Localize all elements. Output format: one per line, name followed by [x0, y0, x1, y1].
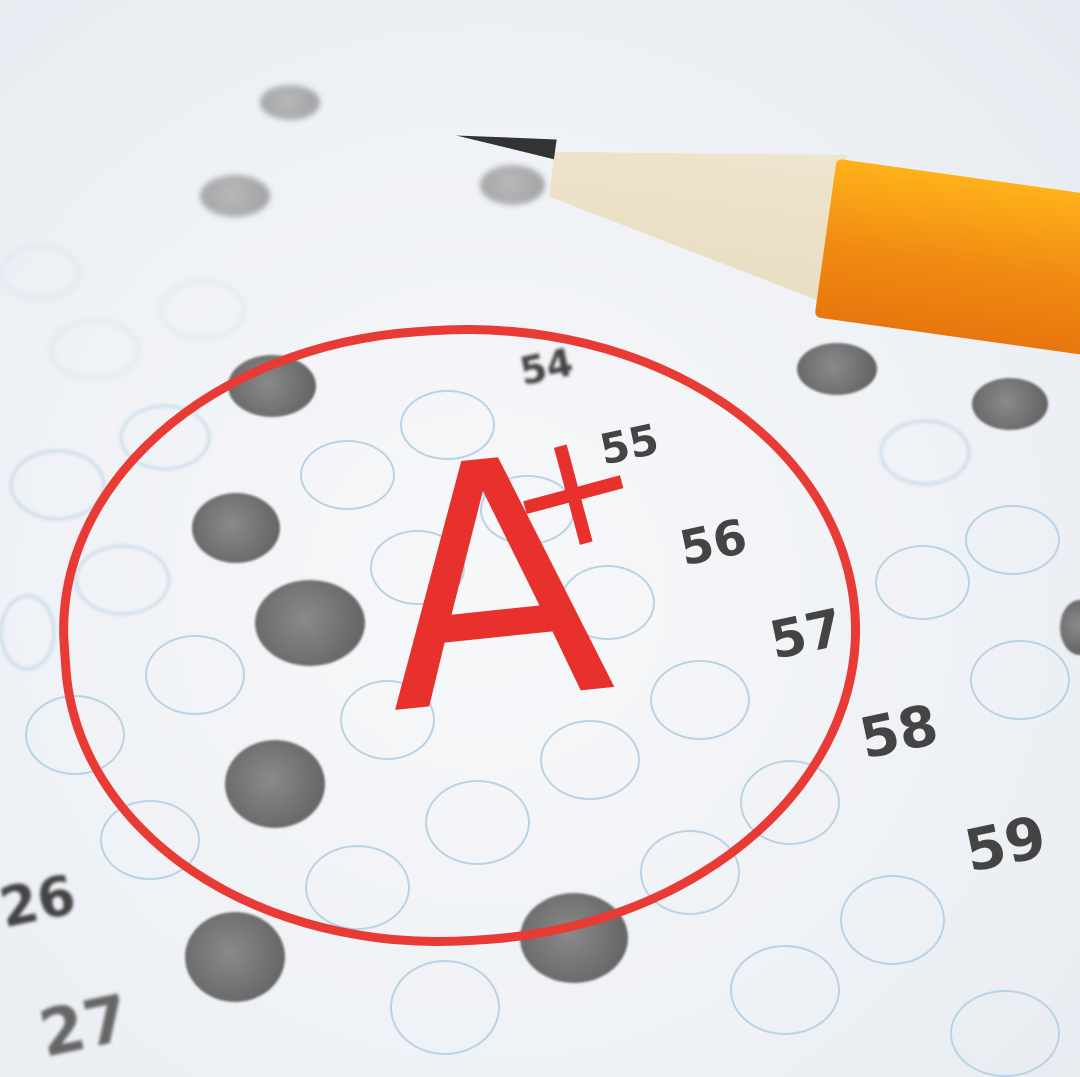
pencil-lead	[455, 126, 557, 160]
empty-bubble	[0, 595, 55, 670]
question-number: 59	[959, 802, 1052, 885]
filled-bubble	[185, 912, 285, 1002]
empty-bubble	[50, 320, 140, 380]
empty-bubble	[965, 505, 1060, 575]
empty-bubble	[840, 875, 945, 965]
filled-bubble	[972, 378, 1048, 430]
empty-bubble	[160, 280, 245, 340]
filled-bubble	[1060, 600, 1080, 655]
answer-sheet-photo: 54 55 56 57 58 59 26 27 A +	[0, 0, 1080, 1077]
empty-bubble	[950, 990, 1060, 1077]
question-number: 26	[0, 863, 81, 940]
empty-bubble	[730, 945, 840, 1035]
filled-bubble	[797, 343, 877, 395]
empty-bubble	[970, 640, 1070, 720]
empty-bubble	[875, 545, 970, 620]
pencil	[438, 96, 1080, 362]
question-number: 27	[33, 982, 136, 1073]
pencil-body	[814, 159, 1080, 365]
empty-bubble	[0, 245, 80, 300]
empty-bubble	[390, 960, 500, 1055]
pencil-wood	[539, 115, 847, 304]
filled-bubble	[200, 175, 270, 217]
empty-bubble	[880, 420, 970, 485]
question-number: 58	[854, 693, 944, 773]
filled-bubble	[260, 85, 320, 120]
